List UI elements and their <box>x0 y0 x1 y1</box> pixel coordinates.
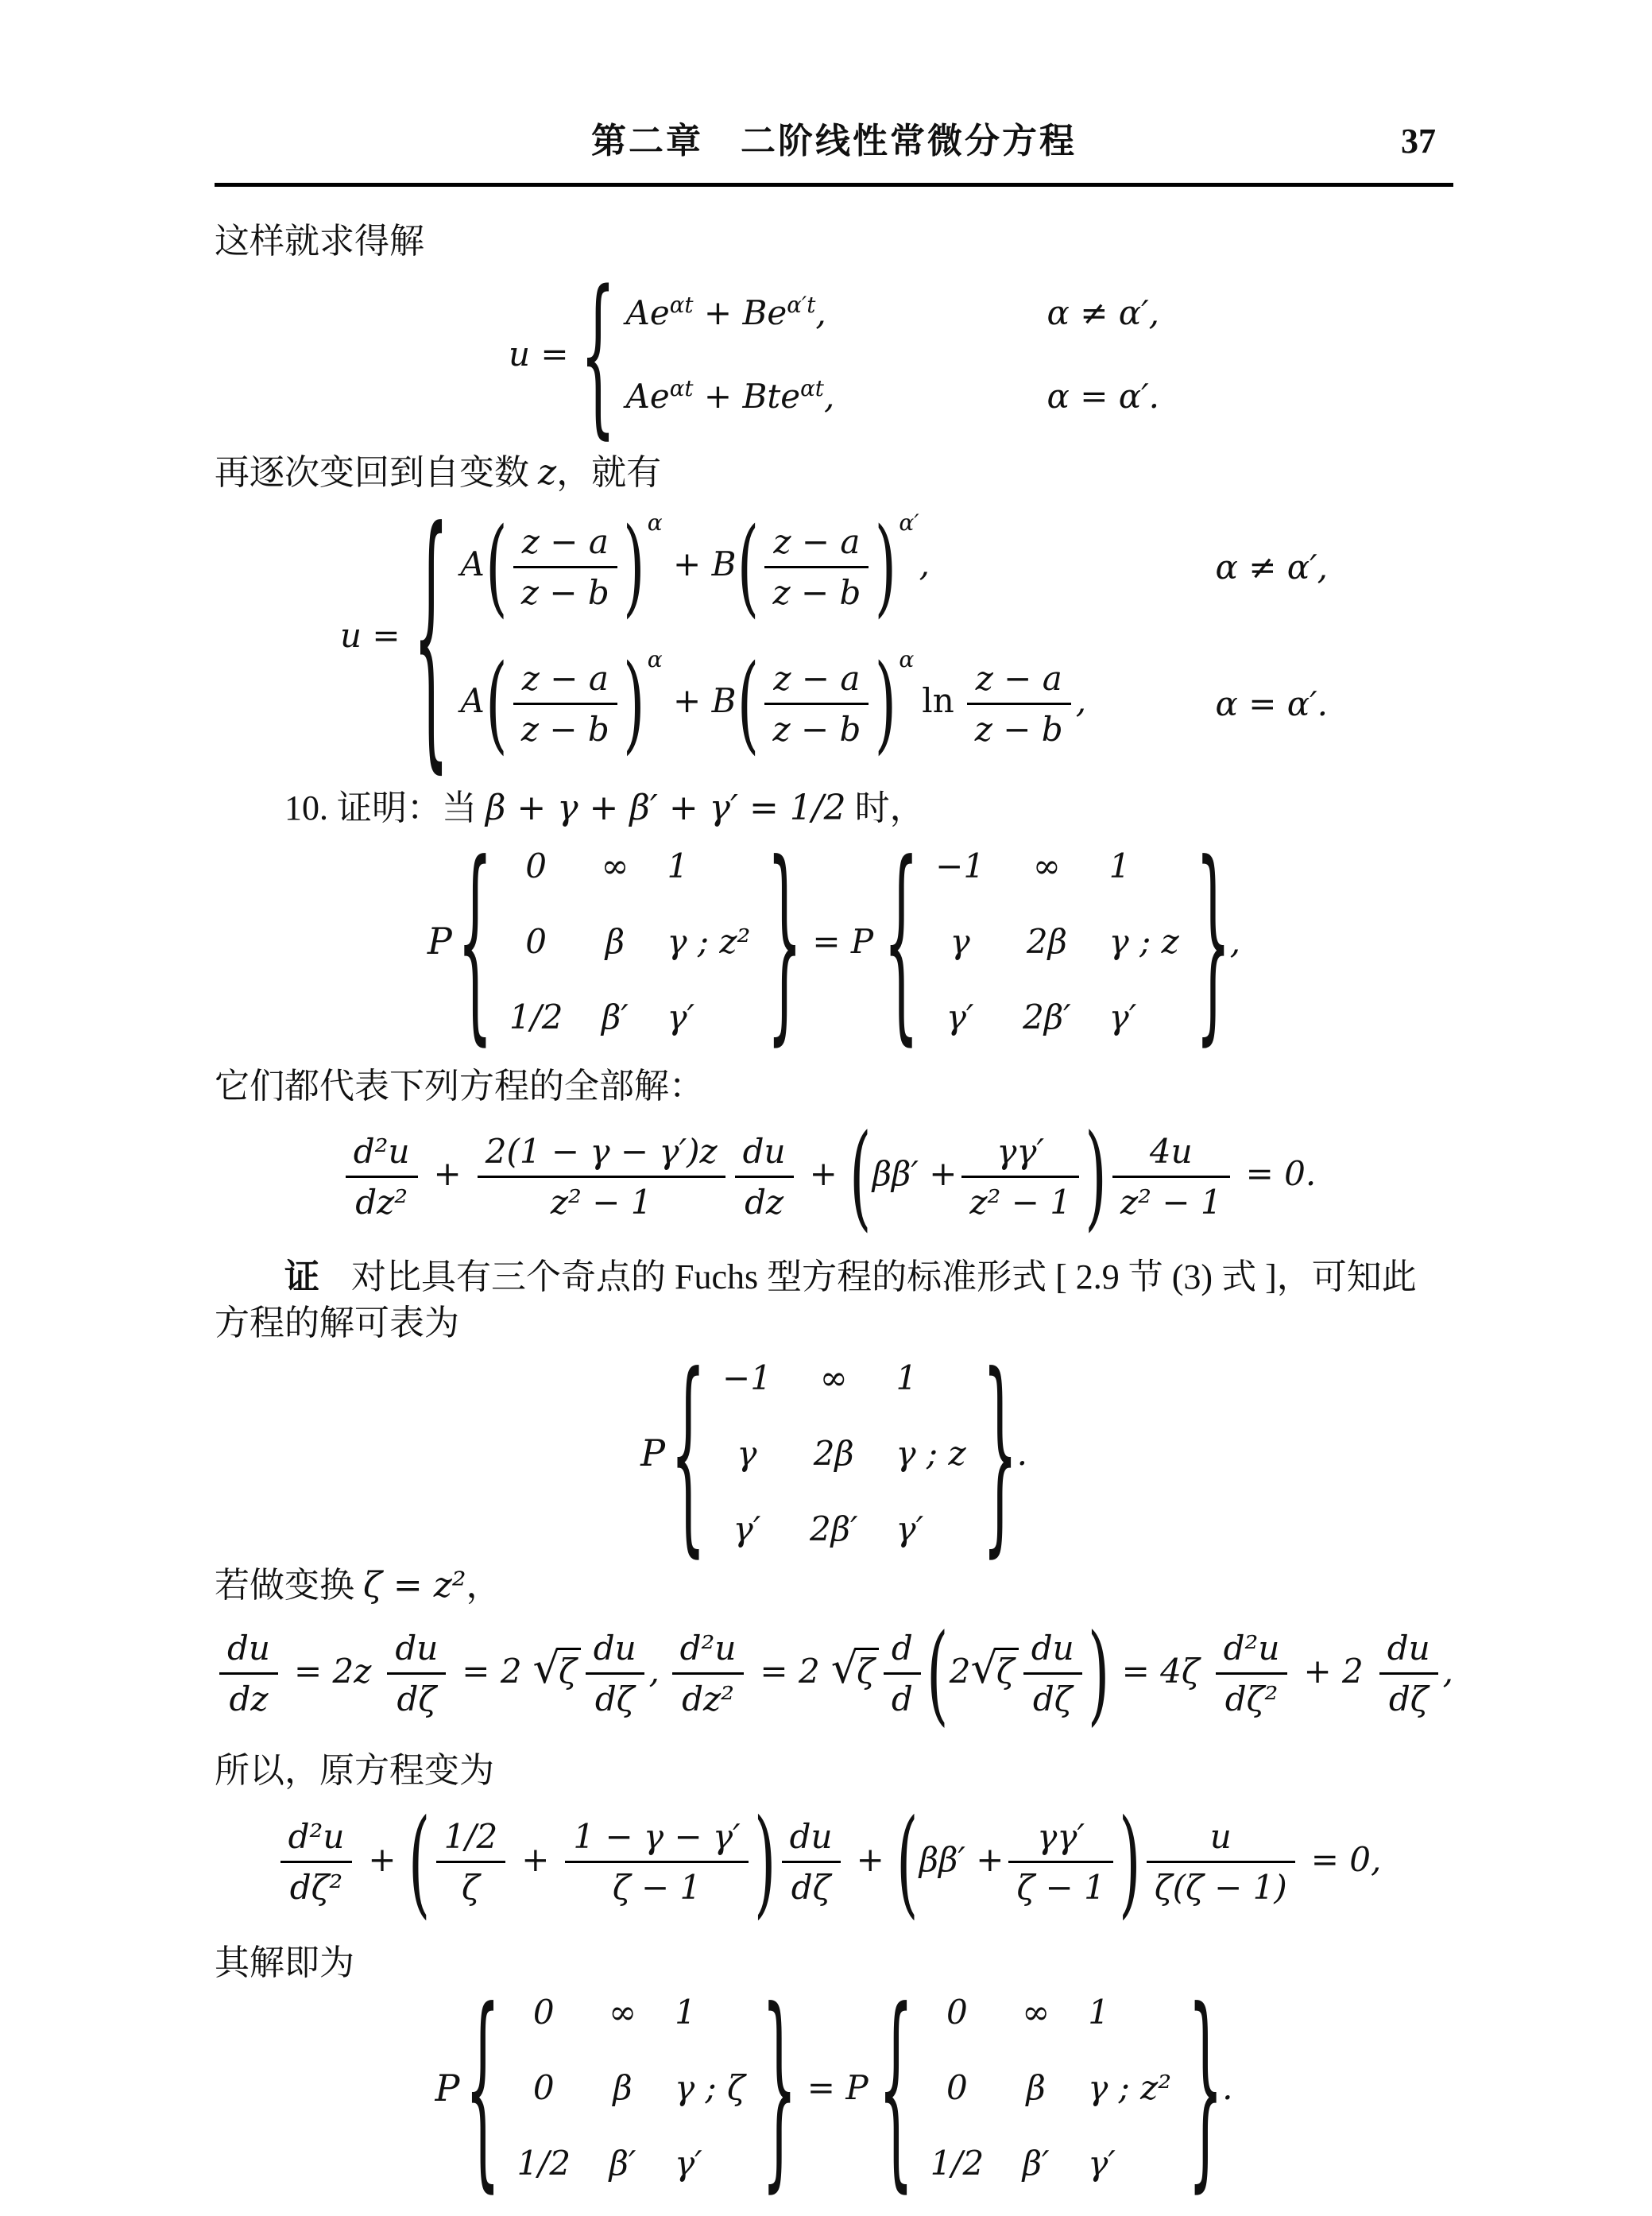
case-expression: A(z − az − b)α + B(z − az − b)αlnz − az … <box>461 653 1160 754</box>
ode-expression: d²udz²+2(1 − γ − γ′)zz² − 1dudz+(ββ′ +γγ… <box>341 1122 1327 1230</box>
right-paren-icon: ) <box>753 1807 777 1918</box>
ln-operator: ln <box>922 681 954 720</box>
p-cell: 2β <box>1027 922 1067 961</box>
fraction: d²udz² <box>346 1131 418 1222</box>
fraction: d²udζ² <box>1216 1628 1288 1719</box>
left-brace-icon: { <box>884 841 918 1041</box>
equals-p: = P <box>812 922 873 961</box>
paragraph-proof: 证对比具有三个奇点的 Fuchs 型方程的标准形式 [ 2.9 节 (3) 式 … <box>215 1254 1453 1346</box>
p-cell: γ′ <box>896 1509 923 1548</box>
p-symbol-letter: P <box>640 1431 665 1474</box>
p-symbol-grid: 0∞1 0βγ ; ζ 1/2β′γ′ <box>516 1993 745 2183</box>
equation-tail: . <box>1222 2068 1232 2107</box>
p-cell: β′ <box>602 998 629 1036</box>
paragraph-its-solution: 其解即为 <box>215 1940 1453 1986</box>
p-cell: γ′ <box>733 1509 761 1548</box>
equation-u-cases-t: u = { Aeαt + Beα′t, α ≠ α′, Aeαt + Bteαt… <box>215 273 1453 436</box>
p-symbol-grid: 0∞1 0βγ ; z² 1/2β′γ′ <box>509 846 751 1036</box>
left-paren-icon: ( <box>408 1807 431 1918</box>
case-row: A(z − az − b)α + B(z − az − b)αlnz − az … <box>461 653 1329 754</box>
cases-group: { Aeαt + Beα′t, α ≠ α′, Aeαt + Bteαt, α … <box>582 273 1160 436</box>
equation-ode-z: d²udz²+2(1 − γ − γ′)zz² − 1dudz+(ββ′ +γγ… <box>215 1122 1453 1230</box>
riemann-p-symbol: P { 0∞1 0βγ ; ζ 1/2β′γ′ } <box>435 1988 796 2188</box>
left-paren-icon: ( <box>849 1122 872 1230</box>
case-expression: A(z − az − b)α + B(z − az − b)α′, <box>461 517 1160 617</box>
p-cell: 1 <box>1088 1993 1109 2032</box>
left-brace-icon: { <box>458 841 492 1041</box>
paragraph-intro-solution: 这样就求得解 <box>215 219 1453 265</box>
fraction: z − az − b <box>513 521 617 613</box>
fraction: d²udζ² <box>280 1816 353 1908</box>
p-cell: ∞ <box>609 1993 636 2032</box>
eq2-lhs: u = <box>340 616 400 655</box>
p-cell: 2β <box>814 1434 854 1473</box>
left-brace-icon: { <box>880 1988 913 2188</box>
fraction: 1/2ζ <box>436 1816 506 1908</box>
p-symbol-grid: −1∞1 γ2βγ ; z γ′2β′γ′ <box>935 846 1179 1036</box>
paragraph-all-solutions: 它们都代表下列方程的全部解： <box>215 1063 1453 1110</box>
p-cell: 2β′ <box>1023 998 1071 1036</box>
p-cell: 1 <box>667 846 688 885</box>
left-paren-icon: ( <box>485 653 509 754</box>
left-paren-icon: ( <box>485 517 509 617</box>
paragraph-substitution: 若做变换 ζ = z²， <box>215 1563 1453 1609</box>
p-symbol-grid: 0∞1 0βγ ; z² 1/2β′γ′ <box>930 1993 1172 2183</box>
case-condition: α = α′. <box>1216 684 1329 723</box>
square-root: √ζ <box>533 1652 581 1691</box>
equation-p-symbol-standard: P { −1∞1 γ2βγ ; z γ′2β′γ′ } . <box>215 1353 1453 1553</box>
p-cell: ∞ <box>1022 1993 1050 2032</box>
chapter-title: 第二章 二阶线性常微分方程 <box>215 119 1453 164</box>
left-brace-icon: { <box>466 1988 499 2188</box>
p-cell: γ′ <box>675 2144 702 2183</box>
left-brace-icon: { <box>413 504 450 766</box>
case-row: A(z − az − b)α + B(z − az − b)α′, α ≠ α′… <box>461 517 1329 617</box>
right-paren-icon: ) <box>1087 1622 1111 1726</box>
page-header: 第二章 二阶线性常微分方程 37 <box>215 119 1453 164</box>
right-brace-icon: } <box>763 1988 796 2188</box>
square-root: √ζ <box>971 1652 1019 1691</box>
riemann-p-symbol: { 0∞1 0βγ ; z² 1/2β′γ′ } <box>880 1988 1223 2188</box>
variable-z: z <box>538 452 556 493</box>
book-page: 第二章 二阶线性常微分方程 37 这样就求得解 u = { Aeαt + Beα… <box>0 0 1652 2216</box>
equation-ode-zeta: d²udζ²+(1/2ζ+1 − γ − γ′ζ − 1)dudζ+(ββ′ +… <box>215 1807 1453 1918</box>
fraction: dudz <box>735 1131 794 1222</box>
p-cell: −1 <box>722 1358 772 1397</box>
fraction: z − az − b <box>764 658 869 750</box>
p-cell: 1 <box>1109 846 1131 885</box>
p-cell: 1 <box>896 1358 917 1397</box>
equation-p-symbols-zeta-z2: P { 0∞1 0βγ ; ζ 1/2β′γ′ } = P { 0∞1 0βγ … <box>215 1988 1453 2188</box>
p-cell: 0 <box>525 922 547 961</box>
case-condition: α = α′. <box>1047 377 1160 416</box>
fraction: 4uz² − 1 <box>1112 1131 1230 1222</box>
p-cell: β′ <box>609 2144 636 2183</box>
p-symbol-grid: −1∞1 γ2βγ ; z γ′2β′γ′ <box>722 1358 966 1548</box>
left-paren-icon: ( <box>896 1807 919 1918</box>
p-cell: γ ; z² <box>667 922 750 961</box>
riemann-p-symbol: P { 0∞1 0βγ ; z² 1/2β′γ′ } <box>428 841 801 1041</box>
fraction: dudζ <box>782 1816 841 1908</box>
p-cell: ∞ <box>1033 846 1061 885</box>
page-number: 37 <box>1401 119 1436 164</box>
equals-p: = P <box>807 2068 869 2107</box>
left-paren-icon: ( <box>926 1622 950 1726</box>
p-cell: 0 <box>533 1993 555 2032</box>
fraction: dudζ <box>1023 1628 1082 1719</box>
paragraph-back-to-z: 再逐次变回到自变数 z，就有 <box>215 450 1453 496</box>
case-expression: Aeαt + Bteαt, <box>626 377 992 416</box>
fraction: uζ(ζ − 1) <box>1147 1816 1295 1908</box>
cases-rows: Aeαt + Beα′t, α ≠ α′, Aeαt + Bteαt, α = … <box>626 293 1160 416</box>
header-rule <box>215 183 1453 187</box>
case-row: Aeαt + Bteαt, α = α′. <box>626 377 1160 416</box>
paragraph-problem-10: 10. 证明：当 β + γ + β′ + γ′ = 1/2 时， <box>215 785 1453 831</box>
eq1-lhs: u = <box>509 335 569 374</box>
p-symbol-letter: P <box>435 2067 460 2109</box>
p-cell: β <box>605 922 625 961</box>
case-condition: α ≠ α′, <box>1216 548 1329 587</box>
right-paren-icon: ) <box>622 653 646 754</box>
right-brace-icon: } <box>1197 841 1230 1041</box>
square-root: √ζ <box>831 1652 879 1691</box>
right-paren-icon: ) <box>873 517 897 617</box>
p-cell: 0 <box>525 846 547 885</box>
fraction: dd <box>884 1628 921 1719</box>
paragraph-so-equation-becomes: 所以，原方程变为 <box>215 1748 1453 1794</box>
p-cell: γ′ <box>1109 998 1137 1036</box>
p-symbol-letter: P <box>428 920 452 963</box>
p-cell: 1 <box>675 1993 696 2032</box>
p-cell: 0 <box>946 2068 968 2107</box>
fraction: z − az − b <box>967 658 1071 750</box>
p-cell: γ <box>950 922 970 961</box>
p-cell: γ <box>737 1434 756 1473</box>
p-cell: −1 <box>935 846 985 885</box>
right-brace-icon: } <box>984 1353 1017 1553</box>
ode-expression: d²udζ²+(1/2ζ+1 − γ − γ′ζ − 1)dudζ+(ββ′ +… <box>276 1807 1393 1918</box>
fraction: γγ′ζ − 1 <box>1008 1816 1112 1908</box>
case-row: Aeαt + Beα′t, α ≠ α′, <box>626 293 1160 332</box>
p-cell: 1/2 <box>930 2144 985 2183</box>
fraction: 1 − γ − γ′ζ − 1 <box>565 1816 748 1908</box>
fraction: d²udz² <box>672 1628 745 1719</box>
case-expression: Aeαt + Beα′t, <box>626 293 992 332</box>
p-cell: ∞ <box>601 846 629 885</box>
left-paren-icon: ( <box>736 517 760 617</box>
fraction: z − az − b <box>513 658 617 750</box>
equation-derivatives: dudz= 2zdudζ= 2√ζdudζ, d²udz²= 2√ζdd(2√ζ… <box>215 1622 1453 1726</box>
fraction: γγ′z² − 1 <box>961 1131 1079 1222</box>
p-cell: γ′ <box>667 998 694 1036</box>
p-cell: γ′ <box>946 998 974 1036</box>
p-cell: γ ; z <box>1109 922 1179 961</box>
equation-tail: . <box>1017 1434 1027 1473</box>
riemann-p-symbol: P { −1∞1 γ2βγ ; z γ′2β′γ′ } <box>640 1353 1017 1553</box>
p-cell: 1/2 <box>516 2144 571 2183</box>
equation-tail: , <box>1230 922 1240 961</box>
left-paren-icon: ( <box>736 653 760 754</box>
equation-p-symbols-z2-z: P { 0∞1 0βγ ; z² 1/2β′γ′ } = P { −1∞1 γ2… <box>215 841 1453 1041</box>
right-paren-icon: ) <box>1084 1122 1108 1230</box>
case-condition: α ≠ α′, <box>1047 293 1160 332</box>
p-cell: 2β′ <box>810 1509 858 1548</box>
left-brace-icon: { <box>671 1353 705 1553</box>
cases-rows: A(z − az − b)α + B(z − az − b)α′, α ≠ α′… <box>461 517 1329 754</box>
right-brace-icon: } <box>768 841 801 1041</box>
left-brace-icon: { <box>582 273 615 436</box>
p-cell: β <box>613 2068 632 2107</box>
p-cell: 0 <box>533 2068 555 2107</box>
fraction: 2(1 − γ − γ′)zz² − 1 <box>478 1131 725 1222</box>
fraction: dudζ <box>1379 1628 1438 1719</box>
fraction: z − az − b <box>764 521 869 613</box>
p-cell: β <box>1027 2068 1046 2107</box>
derivative-expression-first: dudz= 2zdudζ= 2√ζdudζ, <box>215 1628 660 1719</box>
p-cell: 0 <box>946 1993 968 2032</box>
p-cell: γ ; ζ <box>675 2068 745 2107</box>
right-brace-icon: } <box>1189 1988 1222 2188</box>
p-cell: 1/2 <box>509 998 563 1036</box>
proof-label: 证 <box>284 1257 319 1296</box>
right-paren-icon: ) <box>622 517 646 617</box>
p-cell: β′ <box>1023 2144 1050 2183</box>
p-cell: γ ; z² <box>1088 2068 1171 2107</box>
substitution-math: ζ = z² <box>363 1565 466 1606</box>
fraction: dudz <box>219 1628 278 1719</box>
cases-group: { A(z − az − b)α + B(z − az − b)α′, α ≠ … <box>413 504 1329 766</box>
equation-u-cases-z: u = { A(z − az − b)α + B(z − az − b)α′, … <box>215 504 1453 766</box>
p-cell: γ ; z <box>896 1434 965 1473</box>
riemann-p-symbol: { −1∞1 γ2βγ ; z γ′2β′γ′ } <box>884 841 1230 1041</box>
right-paren-icon: ) <box>873 653 897 754</box>
p-cell: γ′ <box>1088 2144 1116 2183</box>
fraction: dudζ <box>586 1628 644 1719</box>
right-paren-icon: ) <box>1118 1807 1142 1918</box>
fraction: dudζ <box>387 1628 446 1719</box>
p-cell: ∞ <box>820 1358 848 1397</box>
derivative-expression-second: d²udz²= 2√ζdd(2√ζdudζ)= 4ζd²udζ²+ 2dudζ, <box>667 1622 1453 1726</box>
